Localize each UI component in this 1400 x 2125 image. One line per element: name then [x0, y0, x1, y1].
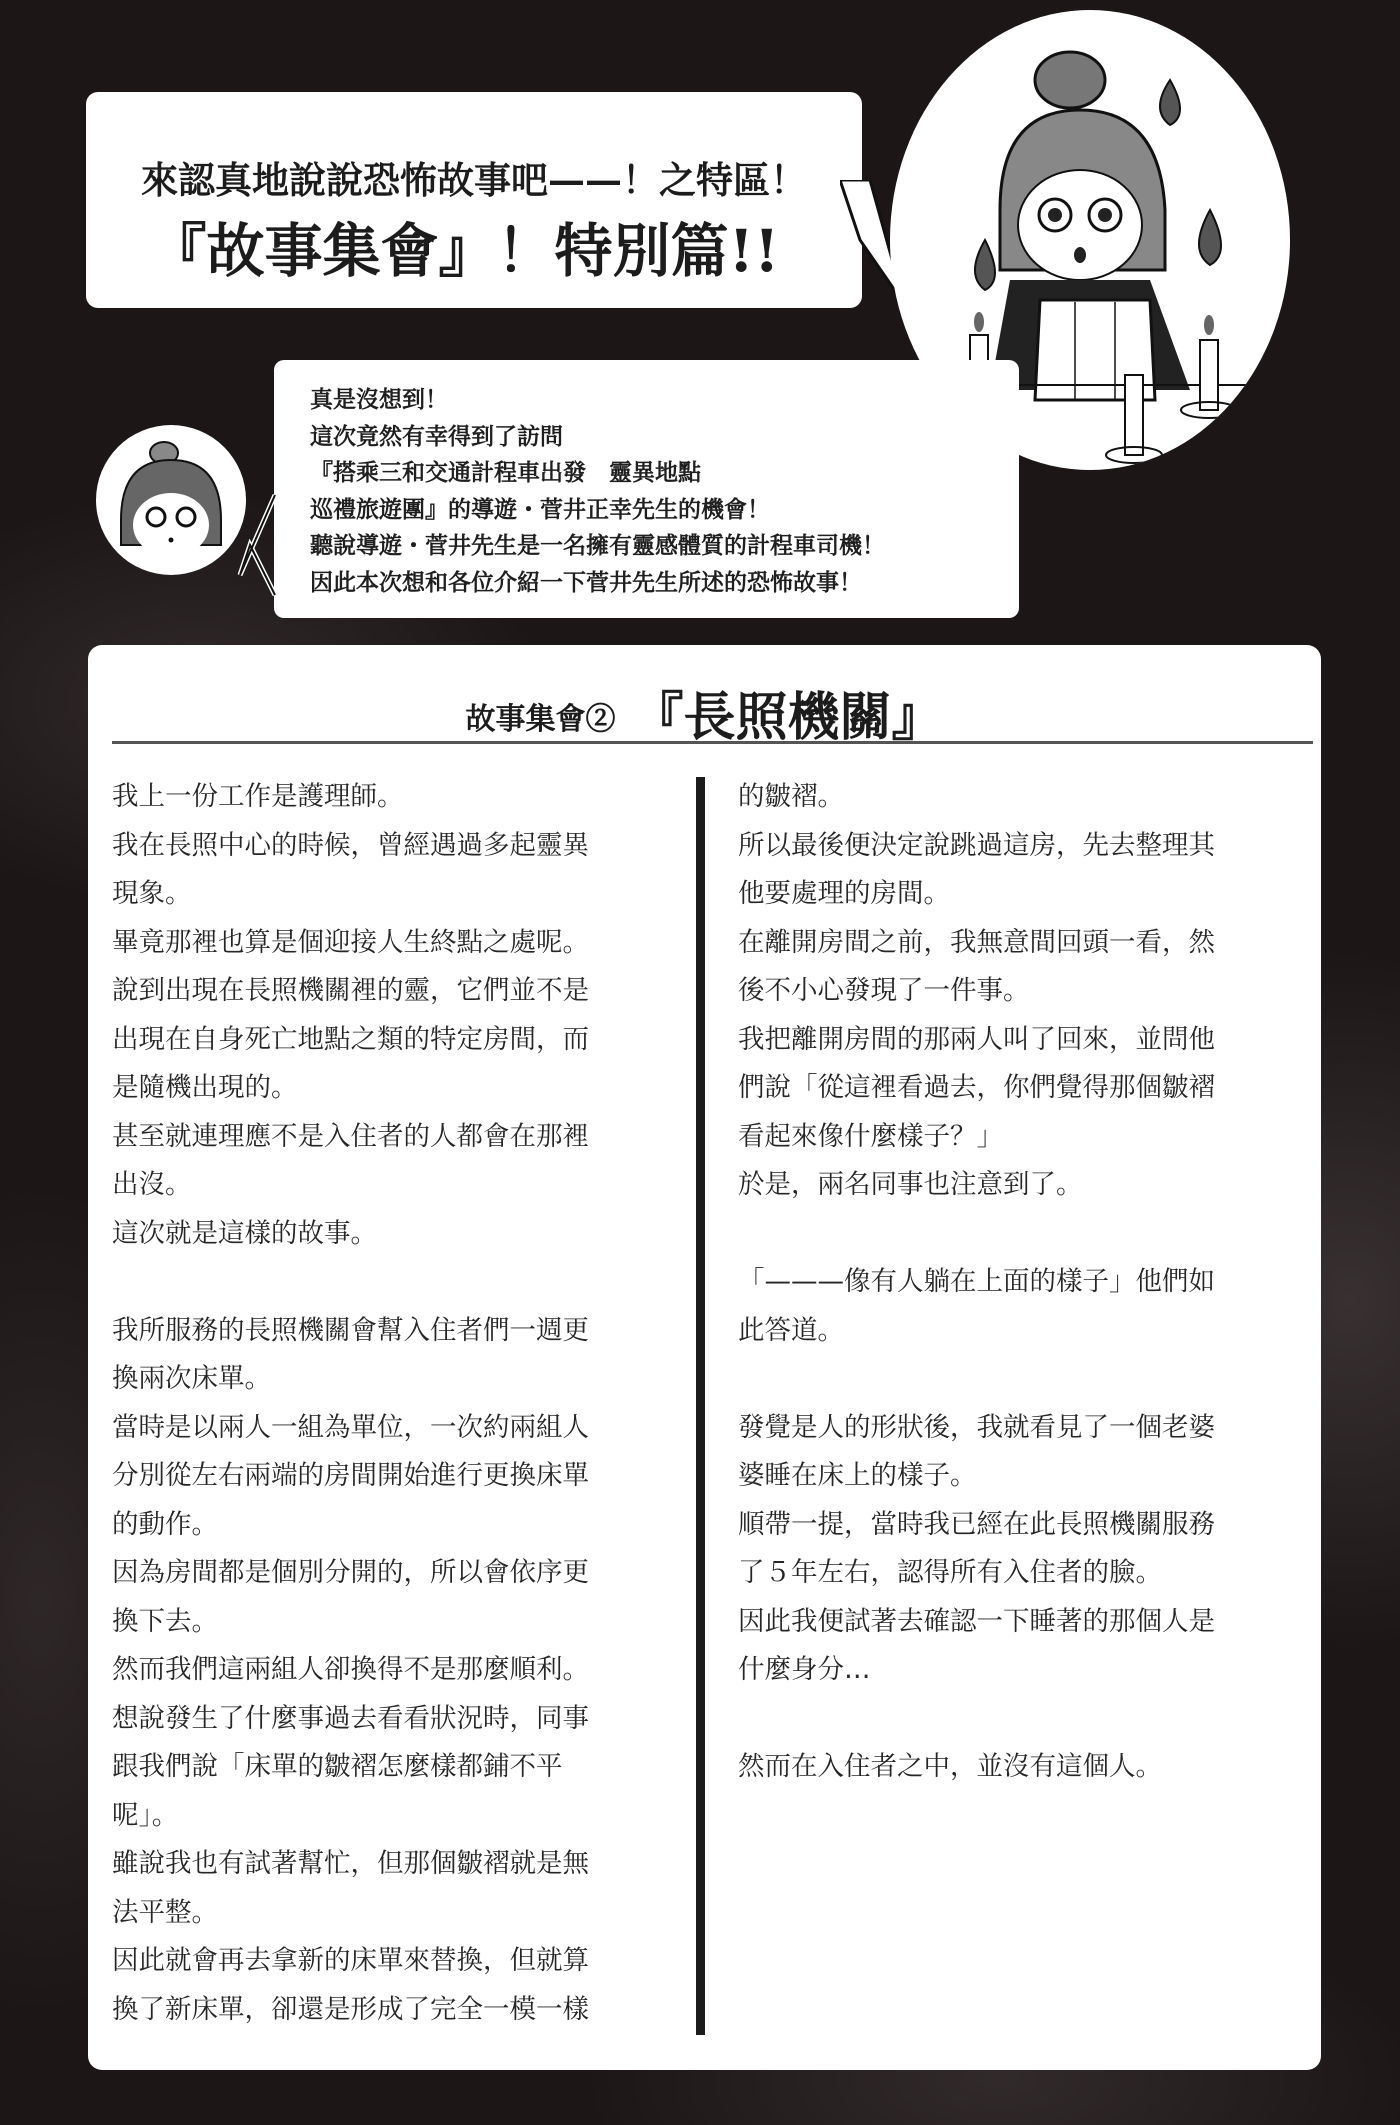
story-column-right: 的皺褶。 所以最後便決定說跳過這房，先去整理其 他要處理的房間。 在離開房間之前…	[738, 773, 1318, 1792]
story-line: 順帶一提，當時我已經在此長照機關服務	[738, 1501, 1318, 1550]
column-divider	[696, 777, 705, 2035]
story-line: 後不小心發現了一件事。	[738, 967, 1318, 1016]
story-line: 換兩次床單。	[112, 1355, 672, 1404]
intro-line: 真是沒想到！	[310, 382, 885, 419]
story-line: 婆睡在床上的樣子。	[738, 1452, 1318, 1501]
story-line: 在離開房間之前，我無意間回頭一看，然	[738, 919, 1318, 968]
intro-line: 因此本次想和各位介紹一下菅井先生所述的恐怖故事！	[310, 565, 885, 602]
story-line	[112, 1258, 672, 1307]
story-line: 我把離開房間的那兩人叫了回來，並問他	[738, 1016, 1318, 1065]
story-line: 畢竟那裡也算是個迎接人生終點之處呢。	[112, 919, 672, 968]
story-line: 甚至就連理應不是入住者的人都會在那裡	[112, 1113, 672, 1162]
story-line: 所以最後便決定說跳過這房，先去整理其	[738, 822, 1318, 871]
title-speech-bubble: 來認真地說說恐怖故事吧——！之特區！ 『故事集會』！特別篇!!	[86, 92, 862, 308]
story-line: 出沒。	[112, 1161, 672, 1210]
story-line: 什麼身分…	[738, 1646, 1318, 1695]
story-line: 是隨機出現的。	[112, 1064, 672, 1113]
story-line	[738, 1355, 1318, 1404]
heading-divider	[112, 741, 1313, 744]
story-line: 發覺是人的形狀後，我就看見了一個老婆	[738, 1404, 1318, 1453]
story-title: 『長照機關』	[631, 687, 943, 748]
story-line: 因此我便試著去確認一下睡著的那個人是	[738, 1598, 1318, 1647]
story-column-left: 我上一份工作是護理師。 我在長照中心的時候，曾經遇過多起靈異 現象。 畢竟那裡也…	[112, 773, 672, 2034]
header-subtitle: 來認真地說說恐怖故事吧——！之特區！	[86, 150, 862, 204]
story-line: 法平整。	[112, 1889, 672, 1938]
story-line: 了５年左右，認得所有入住者的臉。	[738, 1549, 1318, 1598]
intro-speech-bubble: 真是沒想到！ 這次竟然有幸得到了訪問 『搭乘三和交通計程車出發 靈異地點 巡禮旅…	[274, 360, 1019, 618]
story-line: 他要處理的房間。	[738, 870, 1318, 919]
intro-line: 聽說導遊・菅井先生是一名擁有靈感體質的計程車司機！	[310, 528, 885, 565]
story-line: 雖說我也有試著幫忙，但那個皺褶就是無	[112, 1840, 672, 1889]
story-line: 的皺褶。	[738, 773, 1318, 822]
intro-line: 『搭乘三和交通計程車出發 靈異地點	[310, 455, 885, 492]
story-line: 然而我們這兩組人卻換得不是那麼順利。	[112, 1646, 672, 1695]
jagged-speech-pointer-icon	[215, 490, 285, 600]
story-panel: 故事集會②『長照機關』 我上一份工作是護理師。 我在長照中心的時候，曾經遇過多起…	[88, 645, 1321, 2070]
story-line: 此答道。	[738, 1307, 1318, 1356]
story-line: 換下去。	[112, 1598, 672, 1647]
story-line: 當時是以兩人一組為單位，一次約兩組人	[112, 1404, 672, 1453]
intro-line: 巡禮旅遊團』的導遊・菅井正幸先生的機會！	[310, 492, 885, 529]
intro-line: 這次竟然有幸得到了訪問	[310, 419, 885, 456]
story-line: 現象。	[112, 870, 672, 919]
story-line	[738, 1210, 1318, 1259]
story-line: 看起來像什麼樣子？」	[738, 1113, 1318, 1162]
story-line: 「———像有人躺在上面的樣子」他們如	[738, 1258, 1318, 1307]
story-line: 的動作。	[112, 1501, 672, 1550]
story-heading: 故事集會②『長照機關』	[88, 675, 1321, 750]
story-line: 想說發生了什麼事過去看看狀況時，同事	[112, 1695, 672, 1744]
story-line: 我所服務的長照機關會幫入住者們一週更	[112, 1307, 672, 1356]
story-line: 呢」。	[112, 1792, 672, 1841]
story-line: 因此就會再去拿新的床單來替換，但就算	[112, 1937, 672, 1986]
header-title: 『故事集會』！特別篇!!	[86, 204, 862, 288]
story-line: 然而在入住者之中，並沒有這個人。	[738, 1743, 1318, 1792]
story-line: 這次就是這樣的故事。	[112, 1210, 672, 1259]
story-line: 我在長照中心的時候，曾經遇過多起靈異	[112, 822, 672, 871]
story-line: 們說「從這裡看過去，你們覺得那個皺褶	[738, 1064, 1318, 1113]
story-line	[738, 1695, 1318, 1744]
story-line: 說到出現在長照機關裡的靈，它們並不是	[112, 967, 672, 1016]
story-line: 分別從左右兩端的房間開始進行更換床單	[112, 1452, 672, 1501]
story-line: 跟我們說「床單的皺褶怎麼樣都鋪不平	[112, 1743, 672, 1792]
story-line: 換了新床單，卻還是形成了完全一模一樣	[112, 1986, 672, 2035]
story-number: 故事集會②	[465, 702, 615, 737]
intro-text: 真是沒想到！ 這次竟然有幸得到了訪問 『搭乘三和交通計程車出發 靈異地點 巡禮旅…	[310, 382, 885, 601]
story-line: 於是，兩名同事也注意到了。	[738, 1161, 1318, 1210]
story-line: 我上一份工作是護理師。	[112, 773, 672, 822]
story-line: 因為房間都是個別分開的，所以會依序更	[112, 1549, 672, 1598]
story-line: 出現在自身死亡地點之類的特定房間，而	[112, 1016, 672, 1065]
